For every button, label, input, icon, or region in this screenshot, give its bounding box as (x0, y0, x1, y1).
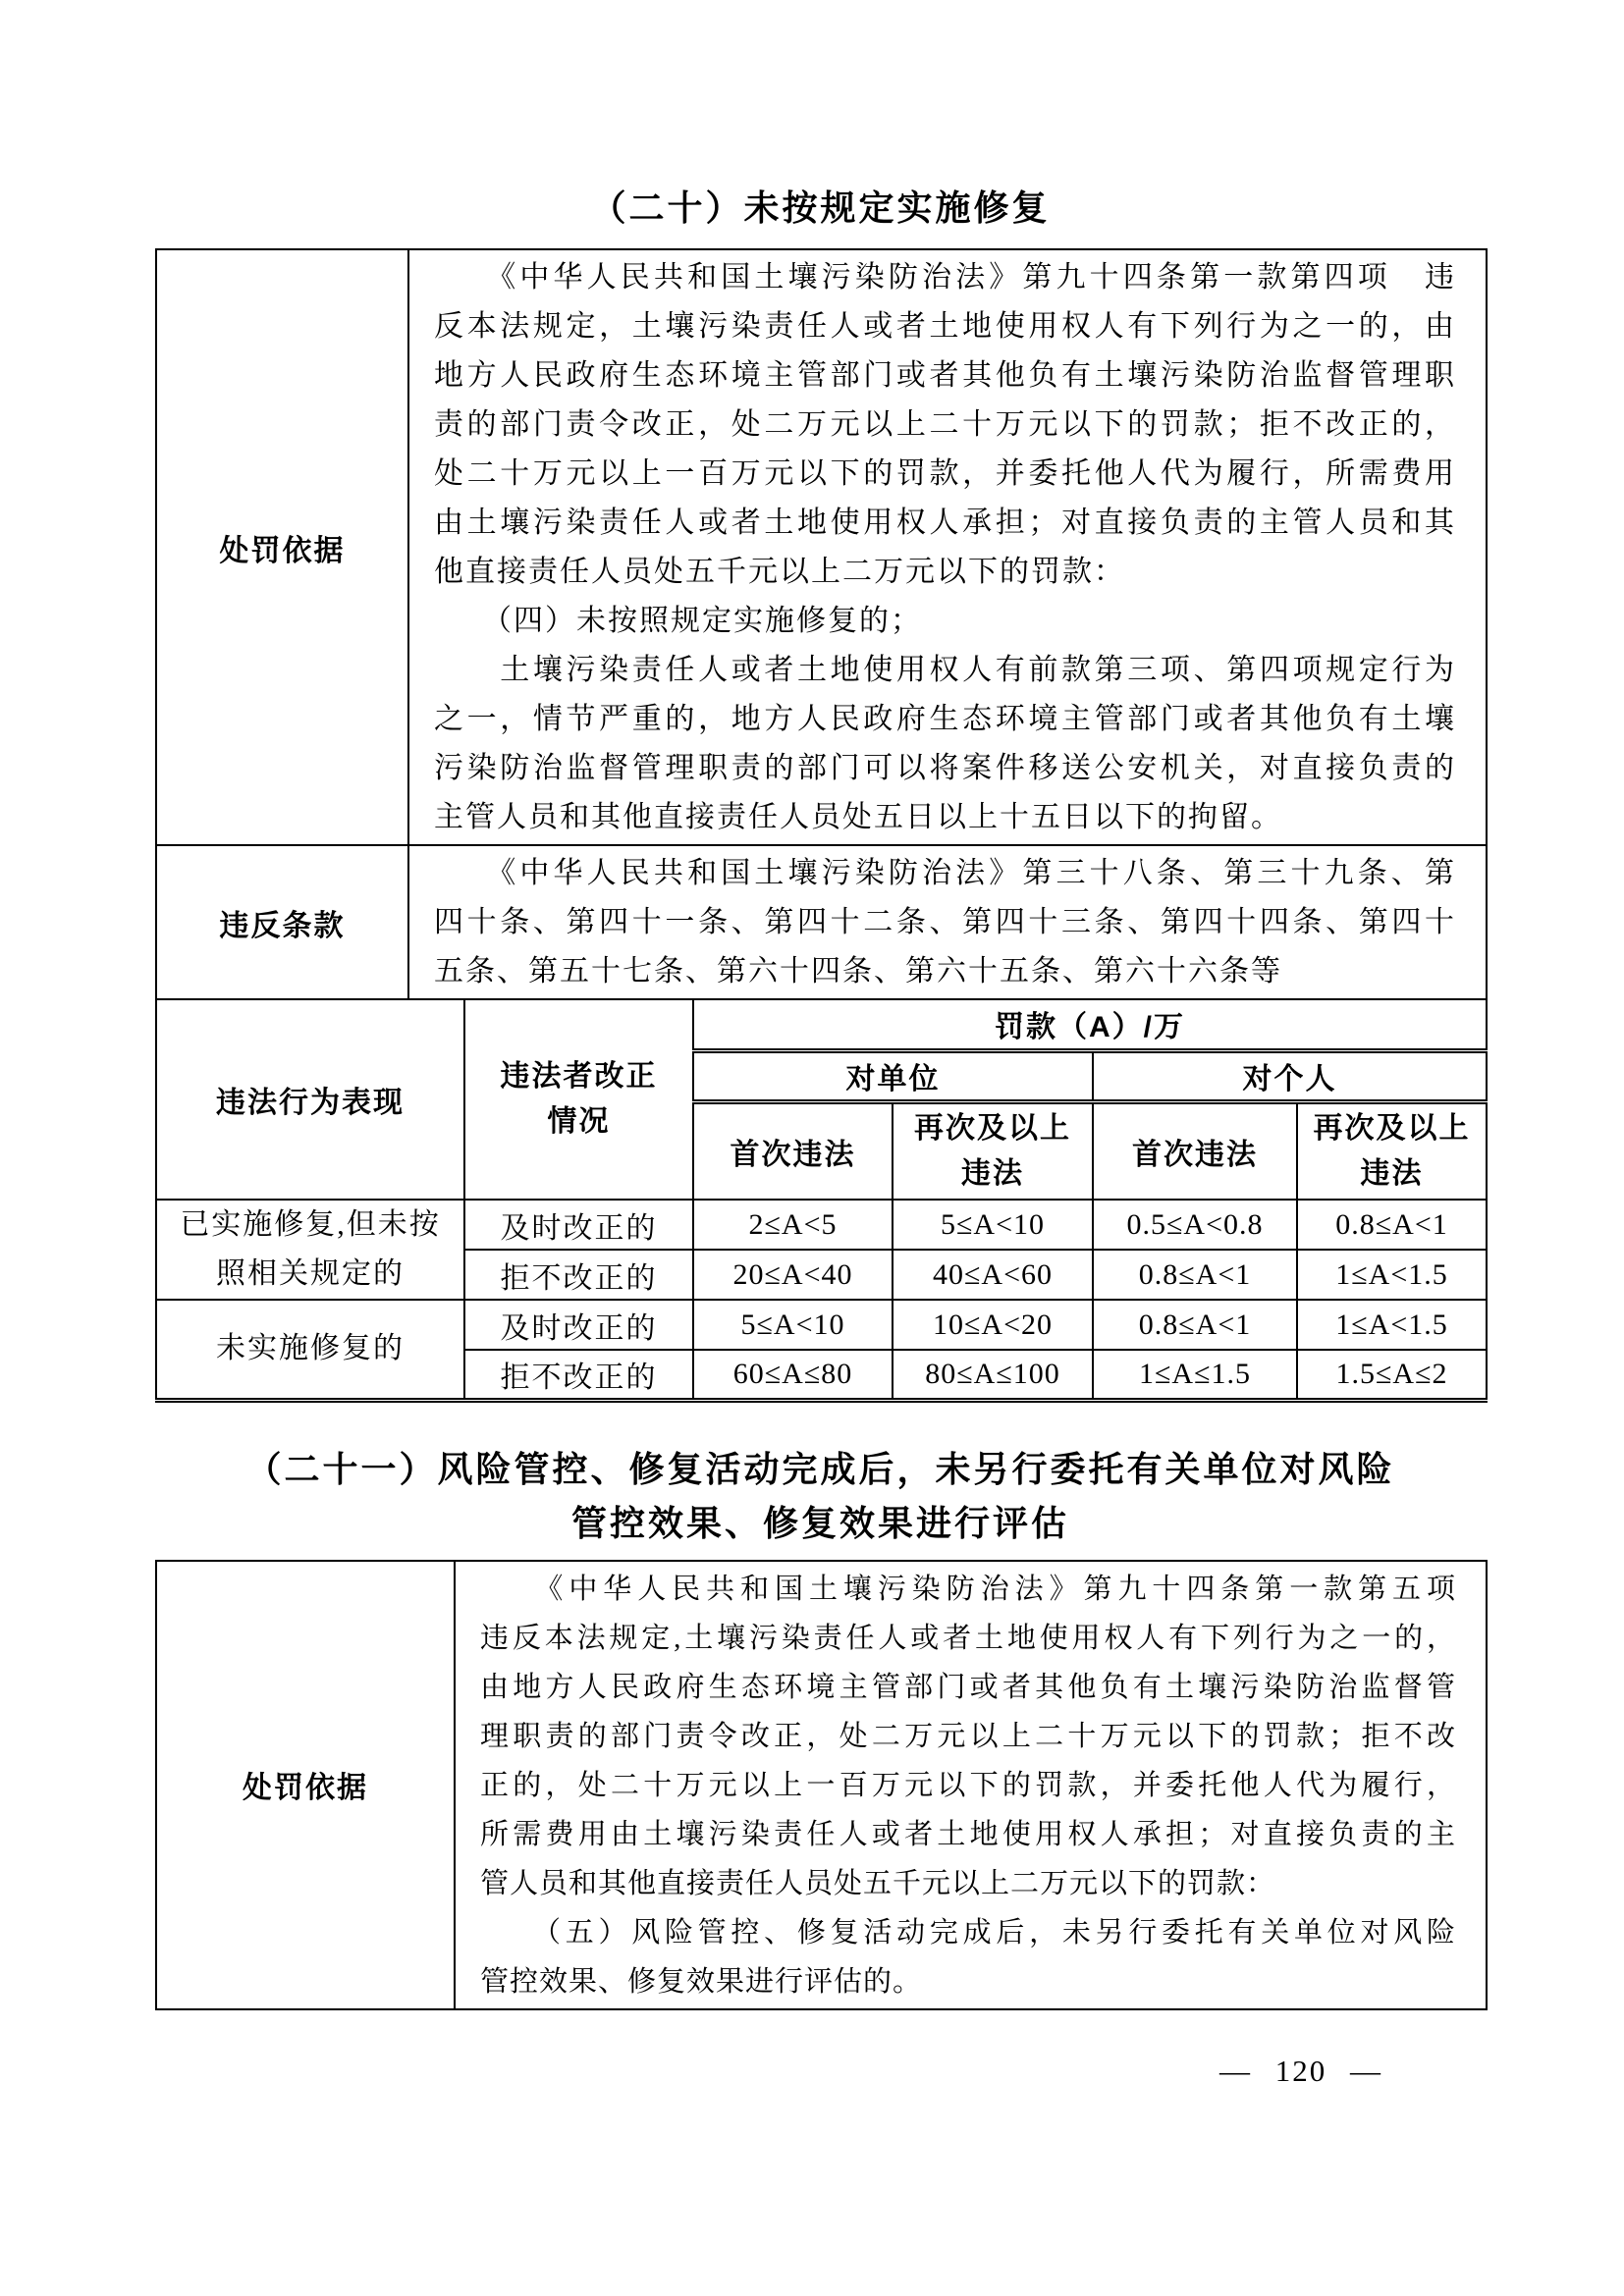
text-line: 之一，情节严重的，地方人民政府生态环境主管部门或者其他负有土壤 (434, 695, 1456, 744)
fine-range-cell: 40≤A<60 (893, 1250, 1093, 1300)
text-line: 所需费用由土壤污染责任人或者土地使用权人承担；对直接负责的主 (480, 1810, 1456, 1859)
section21-basis-table: 处罚依据 《中华人民共和国土壤污染防治法》第九十四条第一款第五项违反本法规定,土… (155, 1560, 1488, 2010)
table-row: 已实施修复,但未按 照相关规定的 及时改正的 2≤A<5 5≤A<10 0.5≤… (156, 1200, 1487, 1250)
correction-cell: 拒不改正的 (464, 1350, 693, 1400)
text-line: 土壤污染责任人或者土地使用权人有前款第三项、第四项规定行为 (434, 646, 1456, 695)
section21-title-line2: 管控效果、修复效果进行评估 (155, 1496, 1486, 1550)
penalty-basis-text: 《中华人民共和国土壤污染防治法》第九十四条第一款第五项违反本法规定,土壤污染责任… (455, 1561, 1487, 2009)
fine-range-cell: 0.8≤A<1 (1093, 1300, 1297, 1350)
fine-range-cell: 1≤A≤1.5 (1093, 1350, 1297, 1400)
text-line: 正的，处二十万元以上一百万元以下的罚款，并委托他人代为履行， (480, 1761, 1456, 1810)
text-line: 违反本法规定,土壤污染责任人或者土地使用权人有下列行为之一的， (480, 1614, 1456, 1663)
text-line: 由地方人民政府生态环境主管部门或者其他负有土壤污染防治监督管 (480, 1663, 1456, 1712)
table-row: 处罚依据 《中华人民共和国土壤污染防治法》第九十四条第一款第五项违反本法规定,土… (156, 1561, 1487, 2009)
text-line: （五）风险管控、修复活动完成后，未另行委托有关单位对风险 (480, 1908, 1456, 1957)
text-line: 反本法规定，土壤污染责任人或者土地使用权人有下列行为之一的，由 (434, 302, 1456, 351)
text-line: 管人员和其他直接责任人员处五千元以上二万元以下的罚款： (480, 1859, 1456, 1908)
fine-range-cell: 1≤A<1.5 (1297, 1300, 1487, 1350)
fine-range-cell: 20≤A<40 (693, 1250, 893, 1300)
correction-cell: 及时改正的 (464, 1300, 693, 1350)
text-line: 他直接责任人员处五千元以上二万元以下的罚款： (434, 548, 1456, 597)
col-header-fine: 罚款（A）/万 (693, 999, 1487, 1050)
text-line: 处二十万元以上一百万元以下的罚款，并委托他人代为履行，所需费用 (434, 450, 1456, 499)
text-line: 《中华人民共和国土壤污染防治法》第九十四条第一款第四项 违 (434, 253, 1456, 302)
fine-range-cell: 5≤A<10 (693, 1300, 893, 1350)
fine-range-cell: 1≤A<1.5 (1297, 1250, 1487, 1300)
correction-cell: 拒不改正的 (464, 1250, 693, 1300)
violated-clause-text: 《中华人民共和国土壤污染防治法》第三十八条、第三十九条、第四十条、第四十一条、第… (408, 845, 1487, 999)
col-header-behavior: 违法行为表现 (156, 999, 464, 1200)
col-header-repeat-unit: 再次及以上 违法 (893, 1101, 1093, 1200)
violated-clause-label: 违反条款 (156, 845, 408, 999)
section20-basis-table: 处罚依据 《中华人民共和国土壤污染防治法》第九十四条第一款第四项 违反本法规定，… (155, 248, 1488, 1000)
section21-title: （二十一）风险管控、修复活动完成后，未另行委托有关单位对风险 管控效果、修复效果… (155, 1442, 1486, 1550)
section20-title: （二十）未按规定实施修复 (155, 0, 1486, 231)
correction-cell: 及时改正的 (464, 1200, 693, 1250)
fine-range-cell: 0.8≤A<1 (1297, 1200, 1487, 1250)
fine-range-cell: 2≤A<5 (693, 1200, 893, 1250)
col-header-unit: 对单位 (693, 1050, 1093, 1101)
fine-range-cell: 0.8≤A<1 (1093, 1250, 1297, 1300)
penalty-basis-label: 处罚依据 (156, 1561, 455, 2009)
section21-title-line1: （二十一）风险管控、修复活动完成后，未另行委托有关单位对风险 (155, 1442, 1486, 1496)
text-line: 《中华人民共和国土壤污染防治法》第三十八条、第三十九条、第 (434, 849, 1456, 898)
text-line: 《中华人民共和国土壤污染防治法》第九十四条第一款第五项 (480, 1565, 1456, 1614)
text-line: 主管人员和其他直接责任人员处五日以上十五日以下的拘留。 (434, 793, 1456, 842)
text-line: 四十条、第四十一条、第四十二条、第四十三条、第四十四条、第四十 (434, 898, 1456, 947)
behavior-cell: 未实施修复的 (156, 1300, 464, 1400)
col-header-first-unit: 首次违法 (693, 1101, 893, 1200)
text-line: 理职责的部门责令改正，处二万元以上二十万元以下的罚款；拒不改 (480, 1712, 1456, 1761)
table-row: 处罚依据 《中华人民共和国土壤污染防治法》第九十四条第一款第四项 违反本法规定，… (156, 249, 1487, 845)
text-line: 责的部门责令改正，处二万元以上二十万元以下的罚款；拒不改正的， (434, 400, 1456, 450)
col-header-person: 对个人 (1093, 1050, 1487, 1101)
penalty-basis-text: 《中华人民共和国土壤污染防治法》第九十四条第一款第四项 违反本法规定，土壤污染责… (408, 249, 1487, 845)
fine-range-cell: 1.5≤A≤2 (1297, 1350, 1487, 1400)
text-line: （四）未按照规定实施修复的； (434, 597, 1456, 646)
text-line: 五条、第五十七条、第六十四条、第六十五条、第六十六条等 (434, 947, 1456, 996)
fine-range-cell: 60≤A≤80 (693, 1350, 893, 1400)
fine-range-cell: 5≤A<10 (893, 1200, 1093, 1250)
behavior-cell: 已实施修复,但未按 照相关规定的 (156, 1200, 464, 1300)
page-number: — 120 — (0, 2054, 1624, 2089)
penalty-basis-label: 处罚依据 (156, 249, 408, 845)
document-page: （二十）未按规定实施修复 处罚依据 《中华人民共和国土壤污染防治法》第九十四条第… (0, 0, 1624, 2296)
text-line: 由土壤污染责任人或者土地使用权人承担；对直接负责的主管人员和其 (434, 499, 1456, 548)
col-header-correction: 违法者改正 情况 (464, 999, 693, 1200)
text-line: 管控效果、修复效果进行评估的。 (480, 1957, 1456, 2006)
fine-range-cell: 80≤A≤100 (893, 1350, 1093, 1400)
col-header-first-person: 首次违法 (1093, 1101, 1297, 1200)
fine-range-cell: 10≤A<20 (893, 1300, 1093, 1350)
section20-penalty-grid: 违法行为表现 违法者改正 情况 罚款（A）/万 对单位 对个人 首次违法 再次及… (155, 998, 1488, 1403)
table-header-row: 违法行为表现 违法者改正 情况 罚款（A）/万 (156, 999, 1487, 1050)
fine-range-cell: 0.5≤A<0.8 (1093, 1200, 1297, 1250)
text-line: 地方人民政府生态环境主管部门或者其他负有土壤污染防治监督管理职 (434, 351, 1456, 400)
col-header-repeat-person: 再次及以上 违法 (1297, 1101, 1487, 1200)
table-row: 违反条款 《中华人民共和国土壤污染防治法》第三十八条、第三十九条、第四十条、第四… (156, 845, 1487, 999)
text-line: 污染防治监督管理职责的部门可以将案件移送公安机关，对直接负责的 (434, 744, 1456, 793)
table-row: 未实施修复的 及时改正的 5≤A<10 10≤A<20 0.8≤A<1 1≤A<… (156, 1300, 1487, 1350)
